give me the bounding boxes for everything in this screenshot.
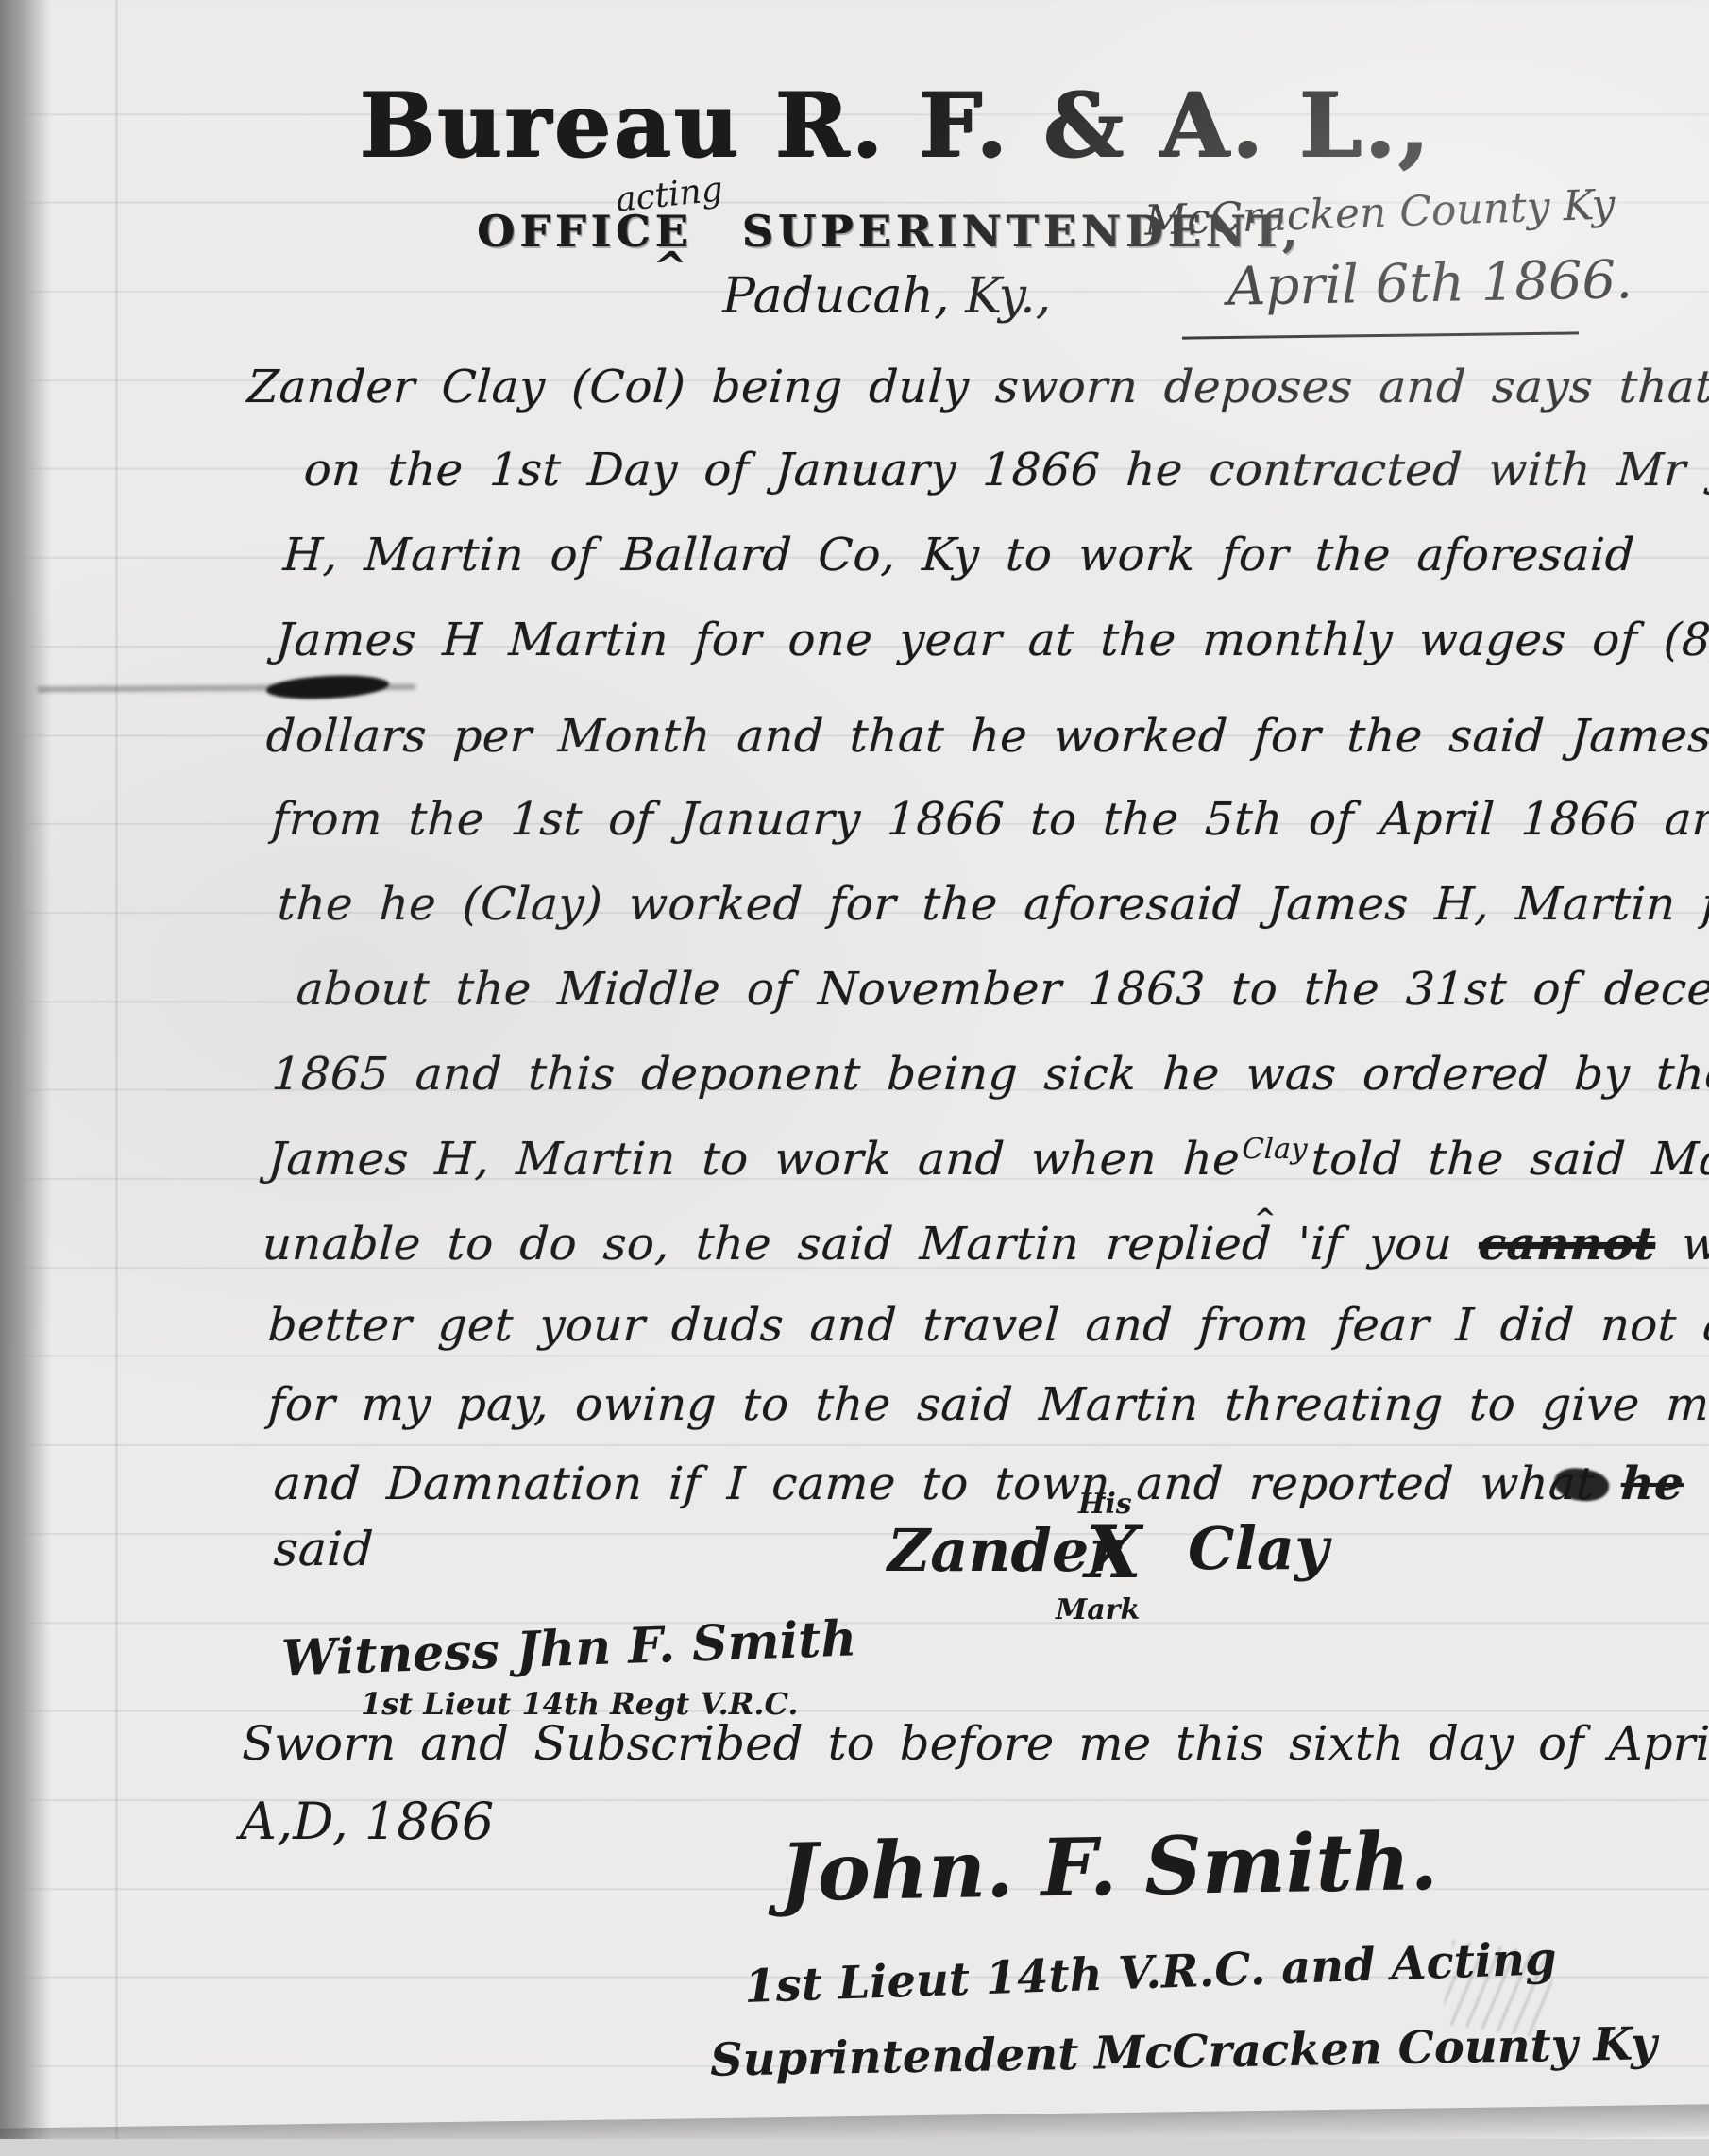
deposition-line: for my pay, owing to the said Martin thr… [267,1378,1709,1431]
scanned-document-page: Bureau R. F. & A. L., OFFICE SUPERINTEND… [0,0,1709,2156]
deposition-line: James H Martin for one year at the month… [275,614,1709,666]
line-segment: James H, Martin to work and when he [267,1133,1242,1186]
bureau-letterhead-title: Bureau R. F. & A. L., [359,74,1265,177]
left-fold-crease [115,0,118,2156]
officer-signature: John. F. Smith. [779,1814,1438,1919]
place-dateline-printed: Paducah, Ky., [722,268,1051,325]
deponent-x-mark: X [1086,1510,1142,1594]
officer-title-line: Suprintendent McCracken County Ky [710,2017,1658,2086]
deposition-line: on the 1st Day of January 1866 he contra… [303,444,1709,497]
date-handwritten: April 6th 1866. [1227,249,1633,317]
sworn-year-line: A,D, 1866 [240,1792,494,1851]
deposition-line-with-strikethrough: unable to do so, the said Martin replied… [262,1218,1709,1271]
deposition-line: dollars per Month and that he worked for… [265,710,1709,763]
deposition-line: 1865 and this deponent being sick he was… [271,1048,1709,1101]
sworn-statement-line: Sworn and Subscribed to before me this s… [242,1716,1709,1771]
witness-signature-line: Witness Jhn F. Smith [280,1609,857,1687]
deponent-last-name: Clay [1188,1514,1328,1583]
deposition-line: the he (Clay) worked for the aforesaid J… [277,878,1709,931]
date-underline-rule [1182,331,1579,339]
county-handwritten-note: McCracken County Ky [1143,180,1616,244]
deposition-line: about the Middle of November 1863 to the… [296,963,1709,1016]
line-segment: and Damnation if I came to town and repo… [273,1457,1597,1510]
deposition-line: said [272,1522,375,1576]
deposition-line: Zander Clay (Col) being duly sworn depos… [246,361,1709,413]
caret-insert-mark: ^ [648,244,691,292]
ink-smudge [265,673,389,702]
deposition-line-with-strikethrough: and Damnation if I came to town and repo… [273,1457,1709,1510]
struck-word: cannot [1478,1218,1657,1271]
line-segment: work you'd [1681,1218,1709,1271]
line-segment: unable to do so, the said Martin replied… [262,1218,1454,1271]
page-left-edge-shadow [0,0,51,2156]
inserted-word: Clay [1242,1133,1309,1166]
officer-rank-line: 1st Lieut 14th V.R.C. and Acting [743,1932,1557,2013]
deposition-line: better get your duds and travel and from… [267,1299,1709,1352]
line-segment: told the said Martin he was [1310,1133,1709,1186]
deposition-line: from the 1st of January 1866 to the 5th … [271,793,1709,846]
overwritten-word: he [1619,1457,1684,1510]
deposition-line-with-insertion: James H, Martin to work and when he Clay… [267,1133,1709,1186]
deposition-line: H, Martin of Ballard Co, Ky to work for … [282,529,1636,581]
scan-background [0,2139,1709,2156]
mark-mark-label: Mark [1056,1593,1140,1626]
